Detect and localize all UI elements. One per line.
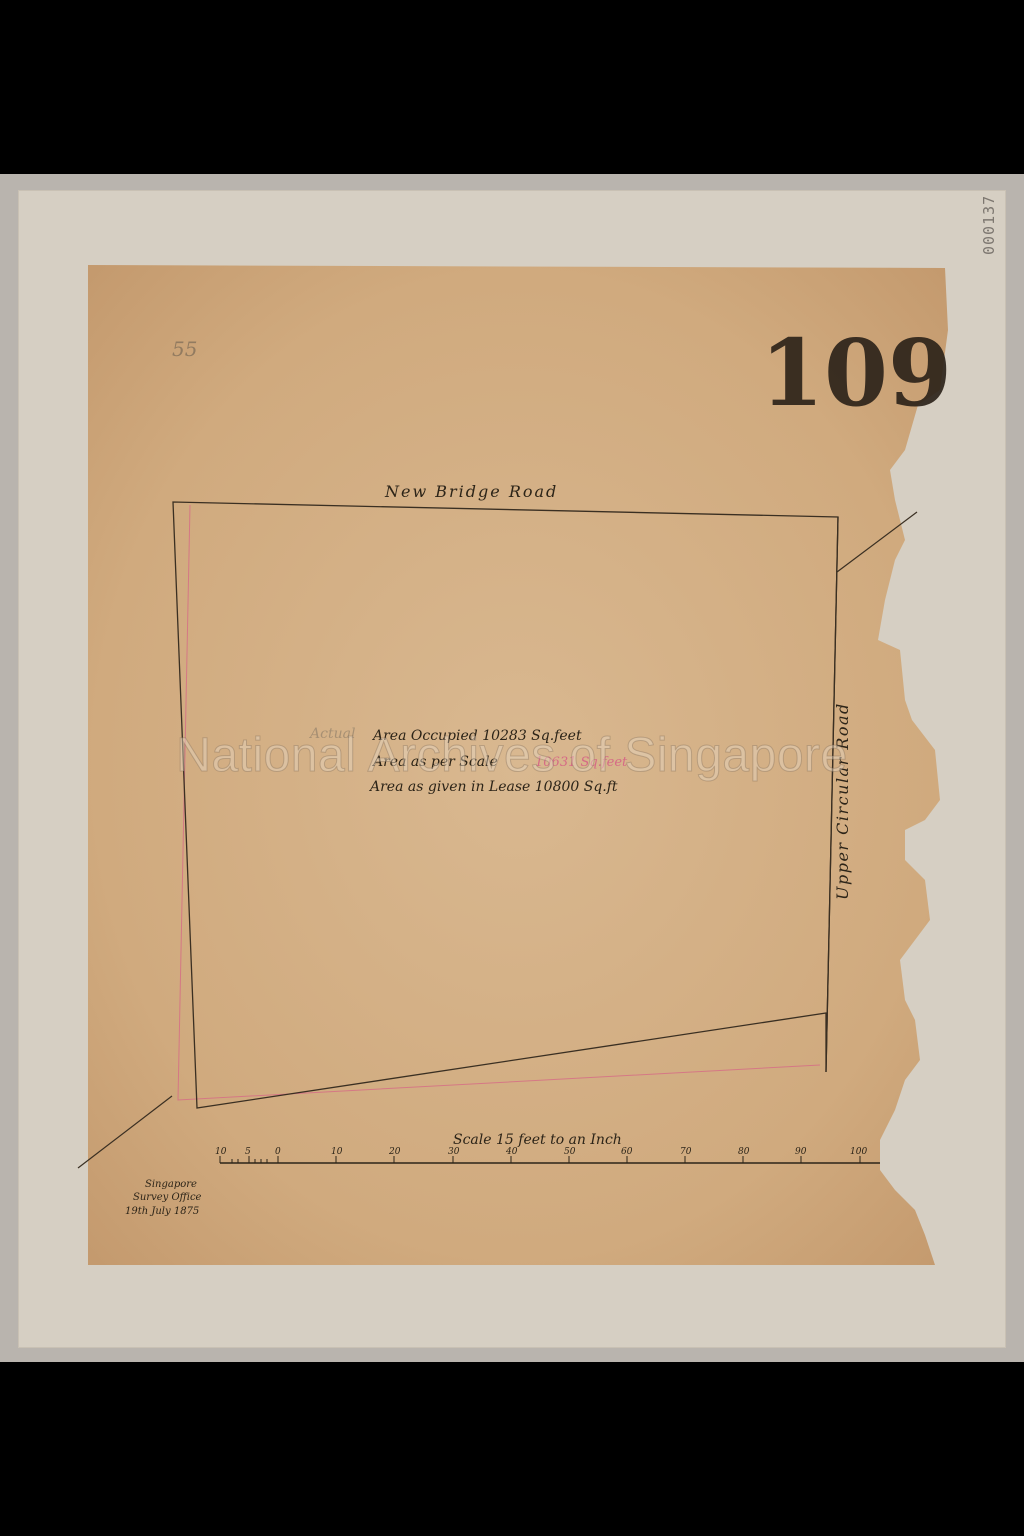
office-line-1: Singapore	[145, 1179, 197, 1190]
svg-text:50: 50	[564, 1147, 576, 1157]
area-lease: Area as given in Lease 10800 Sq.ft	[368, 779, 618, 795]
survey-plan-sheet: 109 55 New Bridge Road Upper Circular Ro…	[0, 0, 1024, 1536]
svg-text:60: 60	[621, 1147, 633, 1157]
svg-text:90: 90	[795, 1147, 807, 1157]
area-occupied: Area Occupied 10283 Sq.feet	[371, 728, 582, 744]
svg-text:0: 0	[275, 1147, 281, 1157]
office-line-2: Survey Office	[133, 1192, 202, 1203]
road-label-upper-circular: Upper Circular Road	[833, 702, 852, 900]
svg-text:70: 70	[680, 1147, 692, 1157]
svg-text:10: 10	[215, 1147, 227, 1157]
svg-text:80: 80	[738, 1147, 750, 1157]
area-per-scale-value: 10631 Sq.feet	[535, 755, 628, 770]
stencil-number: 109	[760, 319, 952, 427]
pencil-note-actual: Actual	[308, 726, 355, 742]
svg-text:10: 10	[331, 1147, 343, 1157]
office-date: 19th July 1875	[125, 1206, 199, 1217]
svg-text:5: 5	[245, 1147, 251, 1157]
svg-text:20: 20	[388, 1147, 401, 1157]
svg-text:30: 30	[448, 1147, 460, 1157]
svg-text:40: 40	[505, 1147, 518, 1157]
pencil-corner-note: 55	[172, 337, 197, 361]
scale-title: Scale 15 feet to an Inch	[453, 1132, 622, 1148]
svg-text:100: 100	[850, 1147, 867, 1157]
area-per-scale-label: Area as per Scale	[371, 754, 498, 770]
road-label-new-bridge: New Bridge Road	[384, 482, 558, 501]
